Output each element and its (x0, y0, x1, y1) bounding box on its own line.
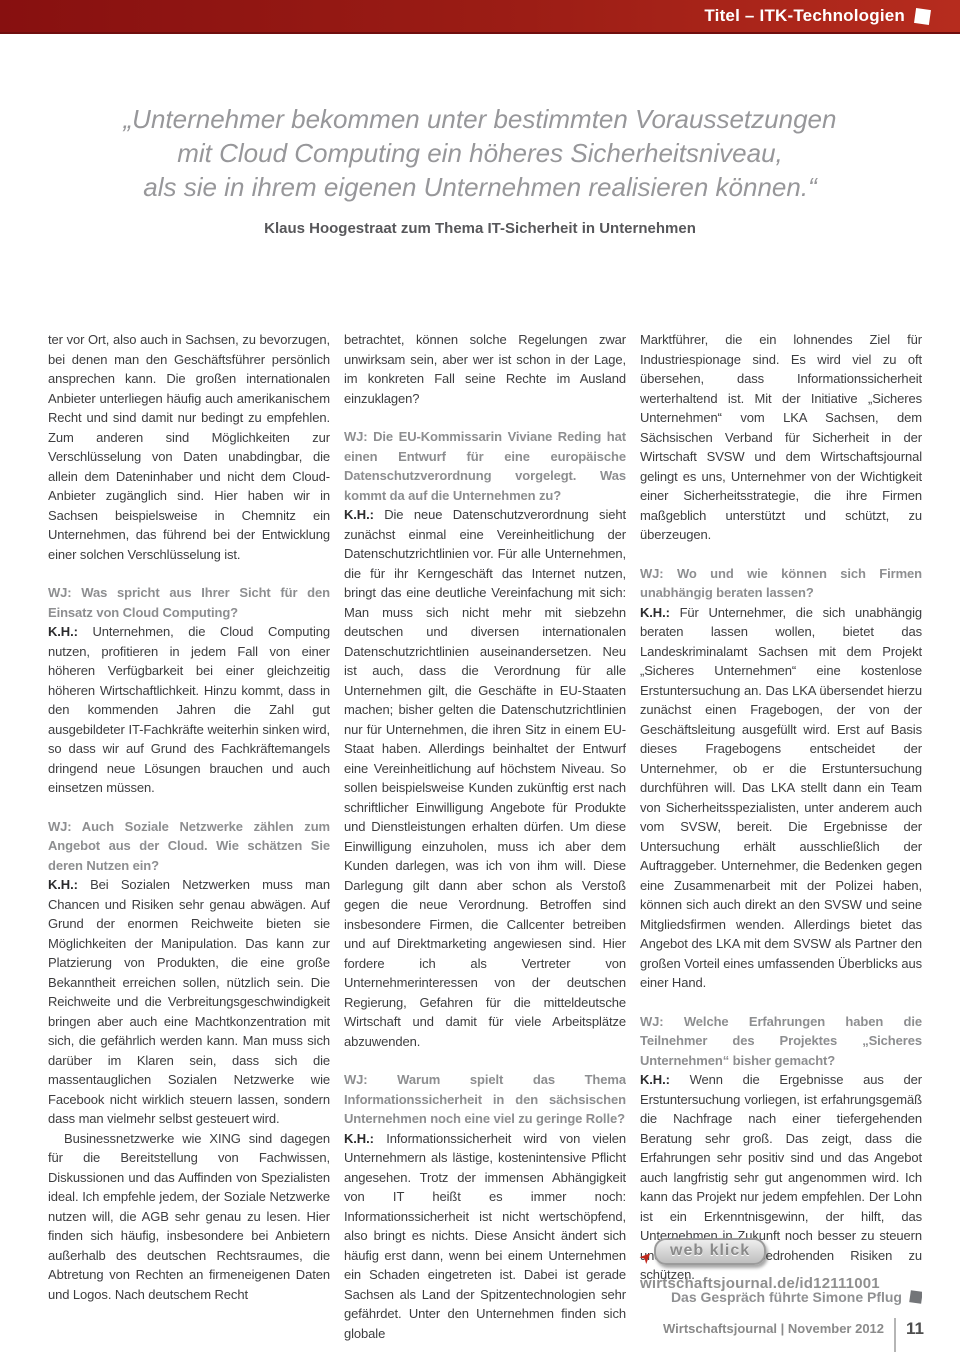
column-2: betrachtet, können solche Regelungen zwa… (344, 330, 626, 1342)
interview-answer: K.H.: Informationssicherheit wird von vi… (344, 1129, 626, 1343)
magazine-page: Titel – ITK-Technologien „Unternehmer be… (0, 0, 960, 1358)
article-body: ter vor Ort, also auch in Sachsen, zu be… (48, 330, 922, 1342)
interview-question: WJ: Wo und wie können sich Firmen unabhä… (640, 564, 922, 603)
web-klick-button[interactable]: web klick (654, 1238, 766, 1265)
interview-answer: K.H.: Unternehmen, die Cloud Computing n… (48, 622, 330, 798)
webklick-row: ➤ web klick (640, 1238, 922, 1266)
journal-date-line: Wirtschaftsjournal | November 2012 (663, 1321, 884, 1336)
answer-text: Die neue Datenschutzverordnung sieht zun… (344, 507, 626, 1049)
speaker-prefix: K.H.: (48, 624, 78, 639)
quote-line-1: „Unternehmer bekommen unter bestimmten V… (0, 102, 960, 136)
column-1: ter vor Ort, also auch in Sachsen, zu be… (48, 330, 330, 1342)
interview-question: WJ: Auch Soziale Netzwerke zählen zum An… (48, 817, 330, 876)
answer-text: Unternehmen, die Cloud Computing nutzen,… (48, 624, 330, 795)
quote-attribution: Klaus Hoogestraat zum Thema IT-Sicherhei… (0, 220, 960, 237)
paragraph: Marktführer, die ein lohnendes Ziel für … (640, 330, 922, 545)
paragraph: betrachtet, können solche Regelungen zwa… (344, 330, 626, 408)
page-footer: Wirtschaftsjournal | November 2012 11 (663, 1318, 924, 1352)
page-number: 11 (906, 1319, 924, 1339)
corner-square-icon (914, 8, 931, 25)
answer-text: Bei Sozialen Netzwerken muss man Chancen… (48, 877, 330, 1126)
page-header: Titel – ITK-Technologien (0, 0, 960, 34)
speaker-prefix: K.H.: (640, 605, 670, 620)
speaker-prefix: K.H.: (640, 1072, 670, 1087)
interview-question: WJ: Die EU-Kommissarin Viviane Reding ha… (344, 427, 626, 505)
interview-question: WJ: Was spricht aus Ihrer Sicht für den … (48, 583, 330, 622)
article-web-link[interactable]: wirtschaftsjournal.de/id12111001 (640, 1275, 922, 1292)
interview-answer: K.H.: Bei Sozialen Netzwerken muss man C… (48, 875, 330, 1129)
interview-question: WJ: Warum spielt das Thema Informationss… (344, 1070, 626, 1129)
speaker-prefix: K.H.: (344, 1131, 374, 1146)
section-title: Titel – ITK-Technologien (704, 6, 905, 26)
speaker-prefix: K.H.: (48, 877, 78, 892)
answer-text: Für Unternehmer, die sich unabhängig ber… (640, 605, 922, 991)
paragraph: ter vor Ort, also auch in Sachsen, zu be… (48, 330, 330, 564)
webklick-area: ➤ web klick wirtschaftsjournal.de/id1211… (640, 1238, 922, 1292)
paragraph: Businessnetzwerke wie XING sind dagegen … (48, 1129, 330, 1305)
interview-answer: K.H.: Für Unternehmer, die sich unabhäng… (640, 603, 922, 993)
pull-quote: „Unternehmer bekommen unter bestimmten V… (0, 102, 960, 237)
footer-divider (894, 1318, 896, 1352)
column-3: Marktführer, die ein lohnendes Ziel für … (640, 330, 922, 1342)
speaker-prefix: K.H.: (344, 507, 374, 522)
interview-question: WJ: Welche Erfahrungen haben die Teilneh… (640, 1012, 922, 1071)
quote-line-3: als sie in ihrem eigenen Unternehmen rea… (0, 170, 960, 204)
answer-text: Informationssicherheit wird von vielen U… (344, 1131, 626, 1341)
quote-line-2: mit Cloud Computing ein höheres Sicherhe… (0, 136, 960, 170)
interview-answer: K.H.: Die neue Datenschutzverordnung sie… (344, 505, 626, 1051)
